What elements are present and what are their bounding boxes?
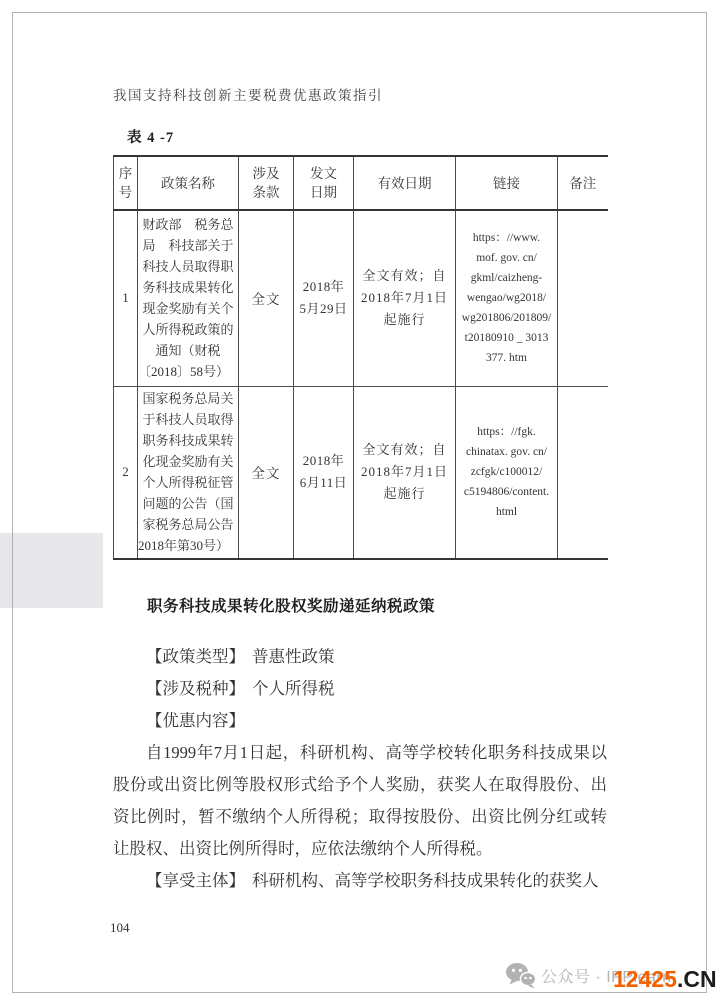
policy-type-label: 【政策类型】 — [146, 647, 245, 666]
col-header-remarks-label: 备注 — [569, 176, 596, 191]
col-header-policy-name-label: 政策名称 — [161, 176, 215, 191]
subject-value: 科研机构、高等学校职务科技成果转化的获奖人 — [252, 871, 599, 890]
table-caption: 表 4 -7 — [127, 126, 174, 147]
wechat-icon — [505, 962, 537, 990]
tax-type-label: 【涉及税种】 — [146, 679, 245, 698]
scanned-page: { "page": { "running_header": "我国支持科技创新主… — [0, 0, 720, 1006]
col-header-link: 链接 — [456, 156, 558, 210]
col-header-effective-date-label: 有效日期 — [378, 176, 432, 191]
subject-line: 【享受主体】科研机构、高等学校职务科技成果转化的获奖人 — [113, 865, 607, 897]
tax-type-line: 【涉及税种】个人所得税 — [113, 673, 607, 705]
running-header: 我国支持科技创新主要税费优惠政策指引 — [113, 84, 383, 104]
page-number: 104 — [110, 920, 130, 936]
col-header-link-label: 链接 — [493, 176, 520, 191]
col-header-effective-date: 有效日期 — [354, 156, 456, 210]
watermark-site-overlay: 12425.CN — [613, 968, 717, 991]
benefit-paragraph: 自1999年7月1日起，科研机构、高等学校转化职务科技成果以股份或出资比例等股权… — [113, 737, 607, 865]
cell-policy-name: 国家税务总局关于科技人员取得职务科技成果转化现金奖励有关个人所得税征管问题的公告… — [138, 386, 239, 559]
col-header-clauses-label: 涉及条款 — [253, 164, 280, 202]
col-header-seq: 序号 — [114, 156, 138, 210]
cell-policy-name: 财政部 税务总局 科技部关于科技人员取得职务科技成果转化现金奖励有关个人所得税政… — [138, 210, 239, 386]
cell-issue-date: 2018年 6月11日 — [294, 386, 354, 559]
benefit-label: 【优惠内容】 — [146, 711, 245, 730]
tax-type-value: 个人所得税 — [252, 679, 335, 698]
col-header-issue-date: 发文日期 — [294, 156, 354, 210]
col-header-clauses: 涉及条款 — [239, 156, 294, 210]
col-header-policy-name: 政策名称 — [138, 156, 239, 210]
cell-seq: 2 — [114, 386, 138, 559]
col-header-issue-date-label: 发文日期 — [310, 164, 337, 202]
policy-type-line: 【政策类型】普惠性政策 — [113, 641, 607, 673]
cell-link: https：//www. mof. gov. cn/ gkml/caizheng… — [456, 210, 558, 386]
cell-clauses: 全文 — [239, 386, 294, 559]
benefit-label-line: 【优惠内容】 — [113, 705, 607, 737]
cell-issue-date: 2018年 5月29日 — [294, 210, 354, 386]
cell-link: https：//fgk. chinatax. gov. cn/ zcfgk/c1… — [456, 386, 558, 559]
watermark: 公众号 · IPPlearn 12425.CN — [503, 953, 719, 995]
cell-remarks — [558, 386, 608, 559]
section-title: 职务科技成果转化股权奖励递延纳税政策 — [147, 594, 435, 616]
cell-seq: 1 — [114, 210, 138, 386]
cell-effective-date: 全文有效；自 2018年7月1日 起施行 — [354, 386, 456, 559]
policy-type-value: 普惠性政策 — [252, 647, 335, 666]
subject-label: 【享受主体】 — [146, 871, 245, 890]
table-row: 2 国家税务总局关于科技人员取得职务科技成果转化现金奖励有关个人所得税征管问题的… — [114, 386, 608, 559]
watermark-site-primary: 12425 — [613, 966, 677, 992]
section-body: 【政策类型】普惠性政策 【涉及税种】个人所得税 【优惠内容】 自1999年7月1… — [113, 641, 607, 897]
policy-table: 序号 政策名称 涉及条款 发文日期 有效日期 链接 备注 1 财政部 税务总局 … — [113, 155, 608, 560]
watermark-site-suffix: .CN — [677, 966, 717, 992]
cell-clauses: 全文 — [239, 210, 294, 386]
cell-effective-date: 全文有效；自 2018年7月1日 起施行 — [354, 210, 456, 386]
table-header-row: 序号 政策名称 涉及条款 发文日期 有效日期 链接 备注 — [114, 156, 608, 210]
cell-remarks — [558, 210, 608, 386]
col-header-remarks: 备注 — [558, 156, 608, 210]
page-edge-highlight — [0, 533, 103, 608]
table-row: 1 财政部 税务总局 科技部关于科技人员取得职务科技成果转化现金奖励有关个人所得… — [114, 210, 608, 386]
col-header-seq-label: 序号 — [118, 164, 133, 202]
